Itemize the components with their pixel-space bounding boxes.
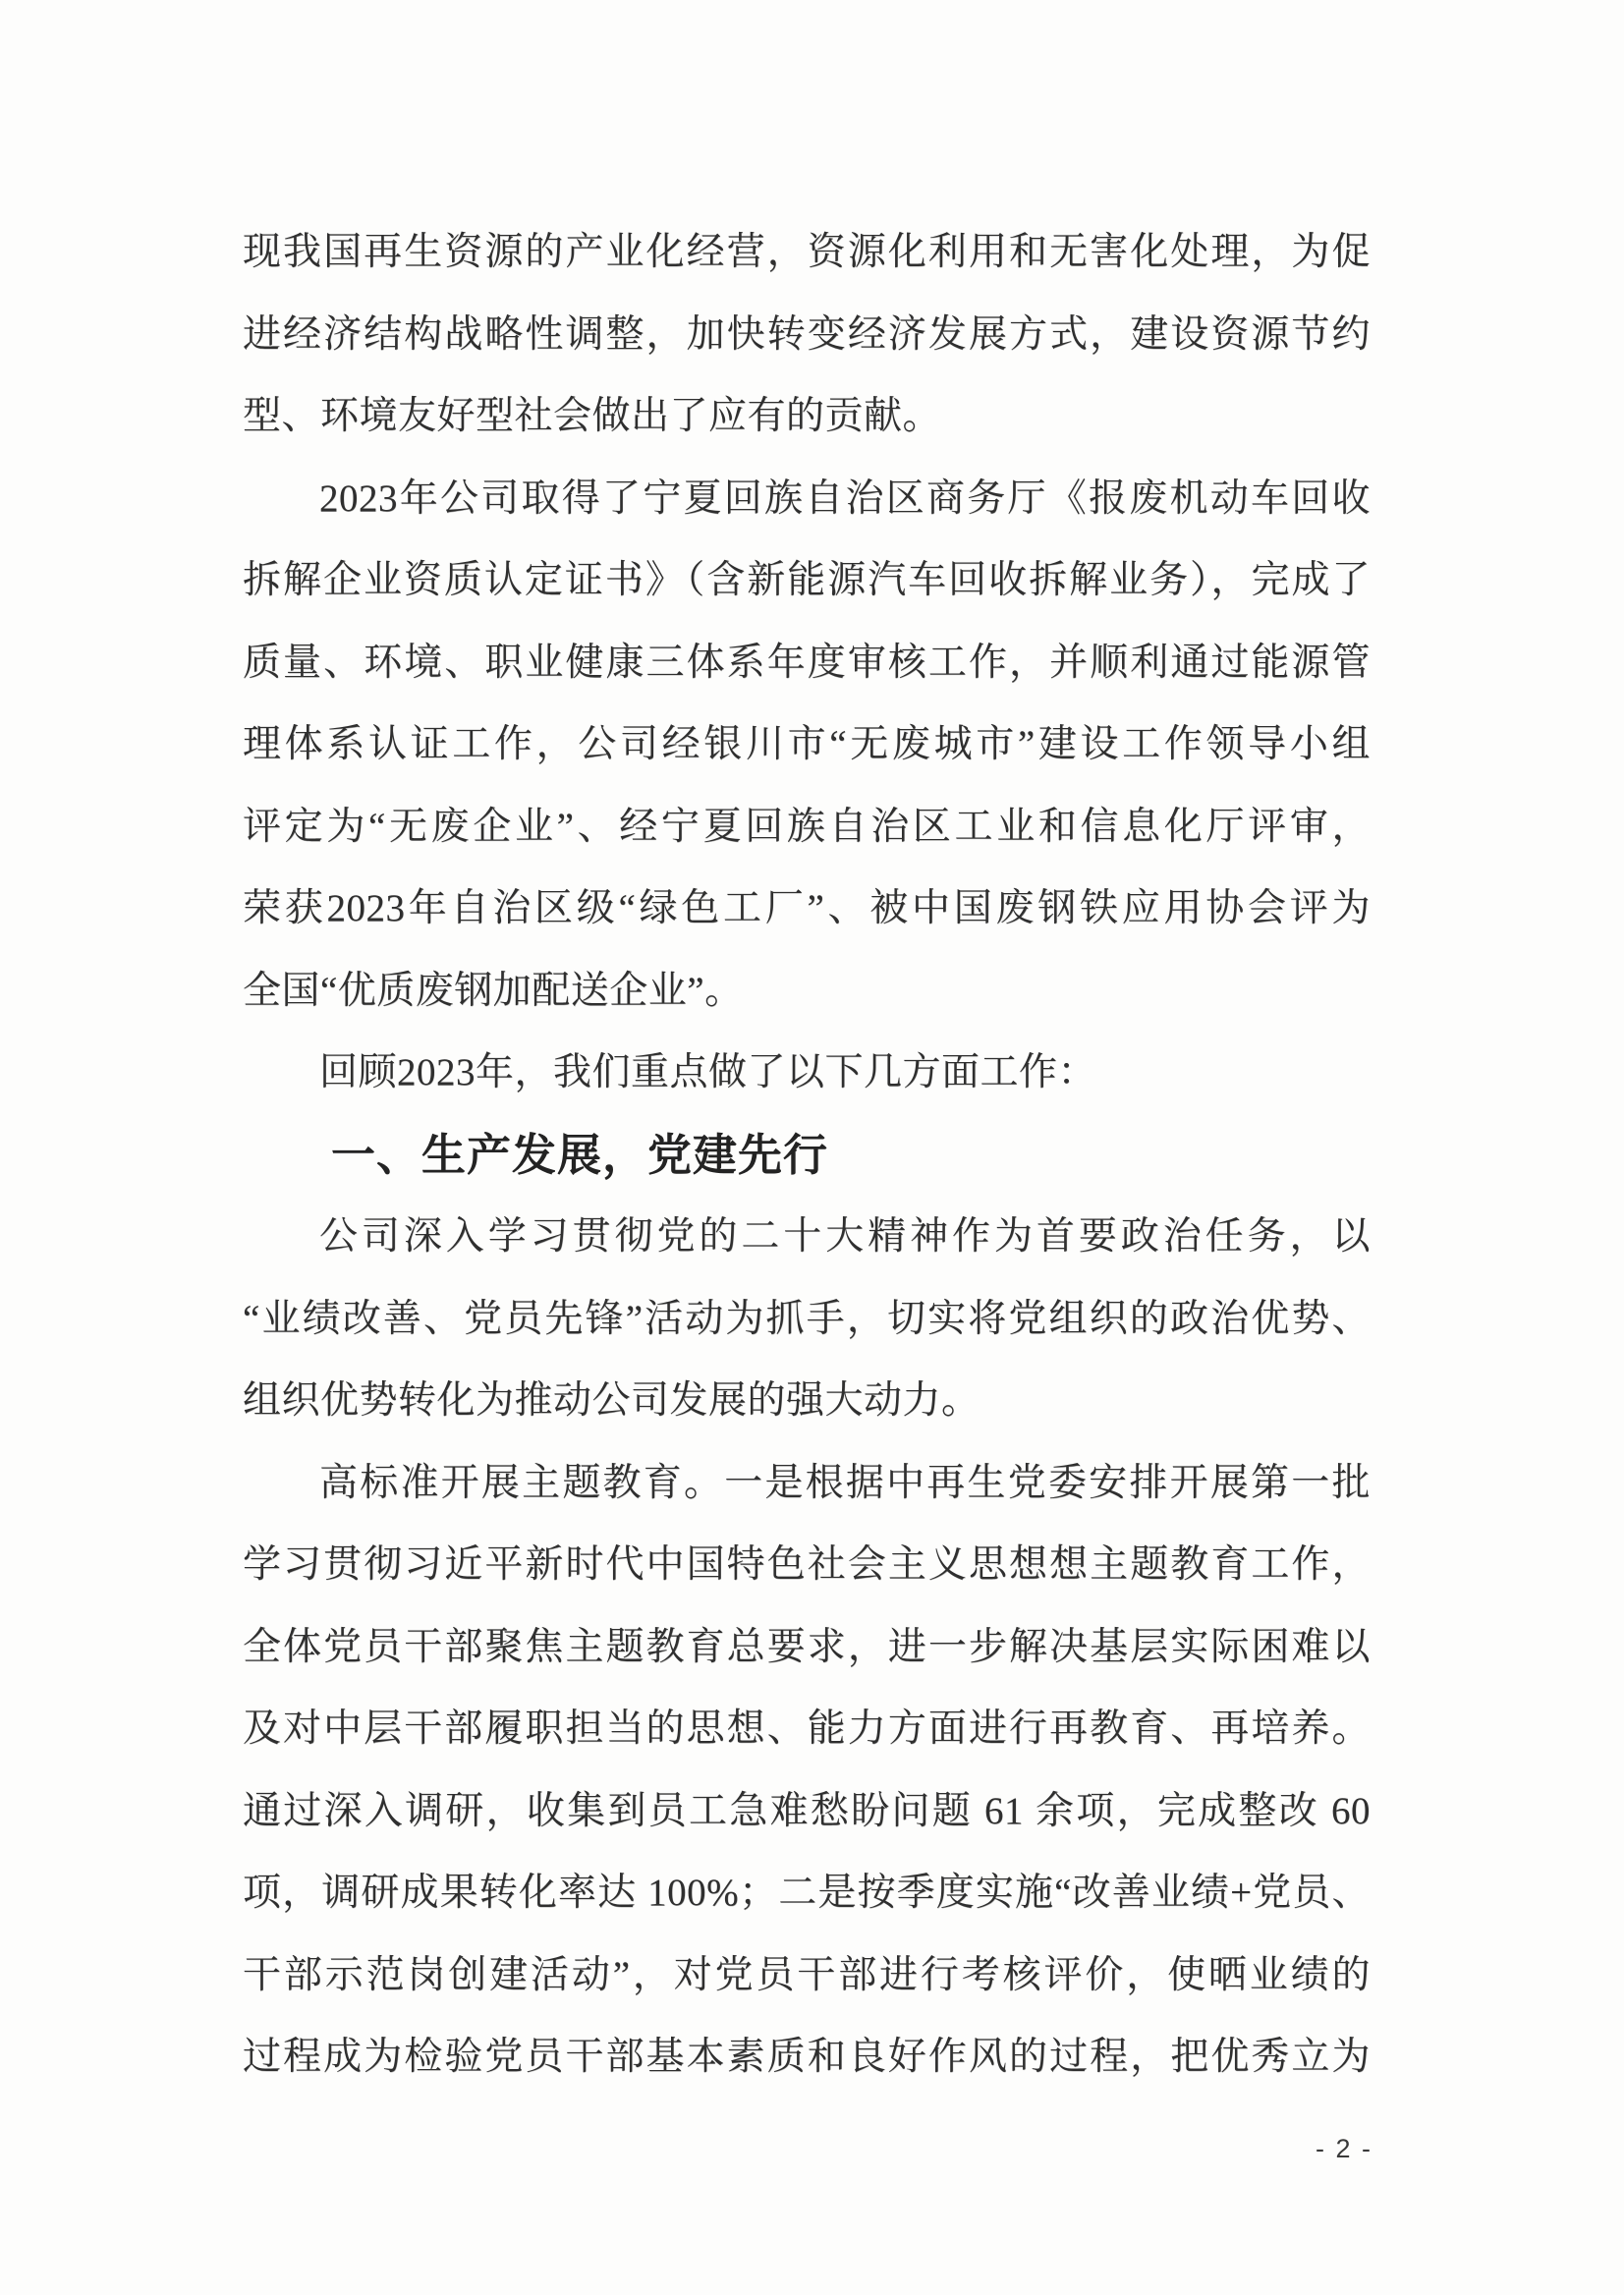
- text-line: 项，调研成果转化率达 100%；二是按季度实施“改善业绩+党员、: [243, 1852, 1371, 1934]
- text-line: 2023年公司取得了宁夏回族自治区商务厅《报废机动车回收: [243, 458, 1371, 540]
- text-line: 高标准开展主题教育。一是根据中再生党委安排开展第一批: [243, 1442, 1371, 1525]
- text-line: 理体系认证工作，公司经银川市“无废城市”建设工作领导小组: [243, 703, 1371, 786]
- text-line: 及对中层干部履职担当的思想、能力方面进行再教育、再培养。: [243, 1688, 1371, 1770]
- text-block: 现我国再生资源的产业化经营，资源化利用和无害化处理，为促进经济结构战略性调整，加…: [243, 211, 1371, 2099]
- text-line: 干部示范岗创建活动”，对党员干部进行考核评价，使晒业绩的: [243, 1934, 1371, 2017]
- text-line: 拆解企业资质认定证书》（含新能源汽车回收拆解业务），完成了: [243, 539, 1371, 622]
- page-number: - 2 -: [1316, 2132, 1372, 2165]
- text-line: 公司深入学习贯彻党的二十大精神作为首要政治任务，以: [243, 1196, 1371, 1278]
- text-line: “业绩改善、党员先锋”活动为抓手，切实将党组织的政治优势、: [243, 1278, 1371, 1361]
- document-page: 现我国再生资源的产业化经营，资源化利用和无害化处理，为促进经济结构战略性调整，加…: [0, 0, 1624, 2295]
- text-line: 通过深入调研，收集到员工急难愁盼问题 61 余项，完成整改 60: [243, 1770, 1371, 1853]
- text-line: 荣获2023年自治区级“绿色工厂”、被中国废钢铁应用协会评为: [243, 868, 1371, 950]
- text-line: 组织优势转化为推动公司发展的强大动力。: [243, 1360, 1371, 1442]
- text-line: 全体党员干部聚焦主题教育总要求，进一步解决基层实际困难以: [243, 1606, 1371, 1689]
- text-line: 学习贯彻习近平新时代中国特色社会主义思想想主题教育工作，: [243, 1524, 1371, 1606]
- text-line: 全国“优质废钢加配送企业”。: [243, 950, 1371, 1033]
- text-line: 评定为“无废企业”、经宁夏回族自治区工业和信息化厅评审，: [243, 786, 1371, 868]
- text-line: 过程成为检验党员干部基本素质和良好作风的过程，把优秀立为: [243, 2016, 1371, 2099]
- text-line: 进经济结构战略性调整，加快转变经济发展方式，建设资源节约: [243, 294, 1371, 376]
- text-line: 型、环境友好型社会做出了应有的贡献。: [243, 375, 1371, 458]
- section-heading: 一、生产发展，党建先行: [243, 1114, 1371, 1197]
- text-line: 质量、环境、职业健康三体系年度审核工作，并顺利通过能源管: [243, 622, 1371, 704]
- text-line: 现我国再生资源的产业化经营，资源化利用和无害化处理，为促: [243, 211, 1371, 294]
- text-line: 回顾2023年，我们重点做了以下几方面工作：: [243, 1032, 1371, 1114]
